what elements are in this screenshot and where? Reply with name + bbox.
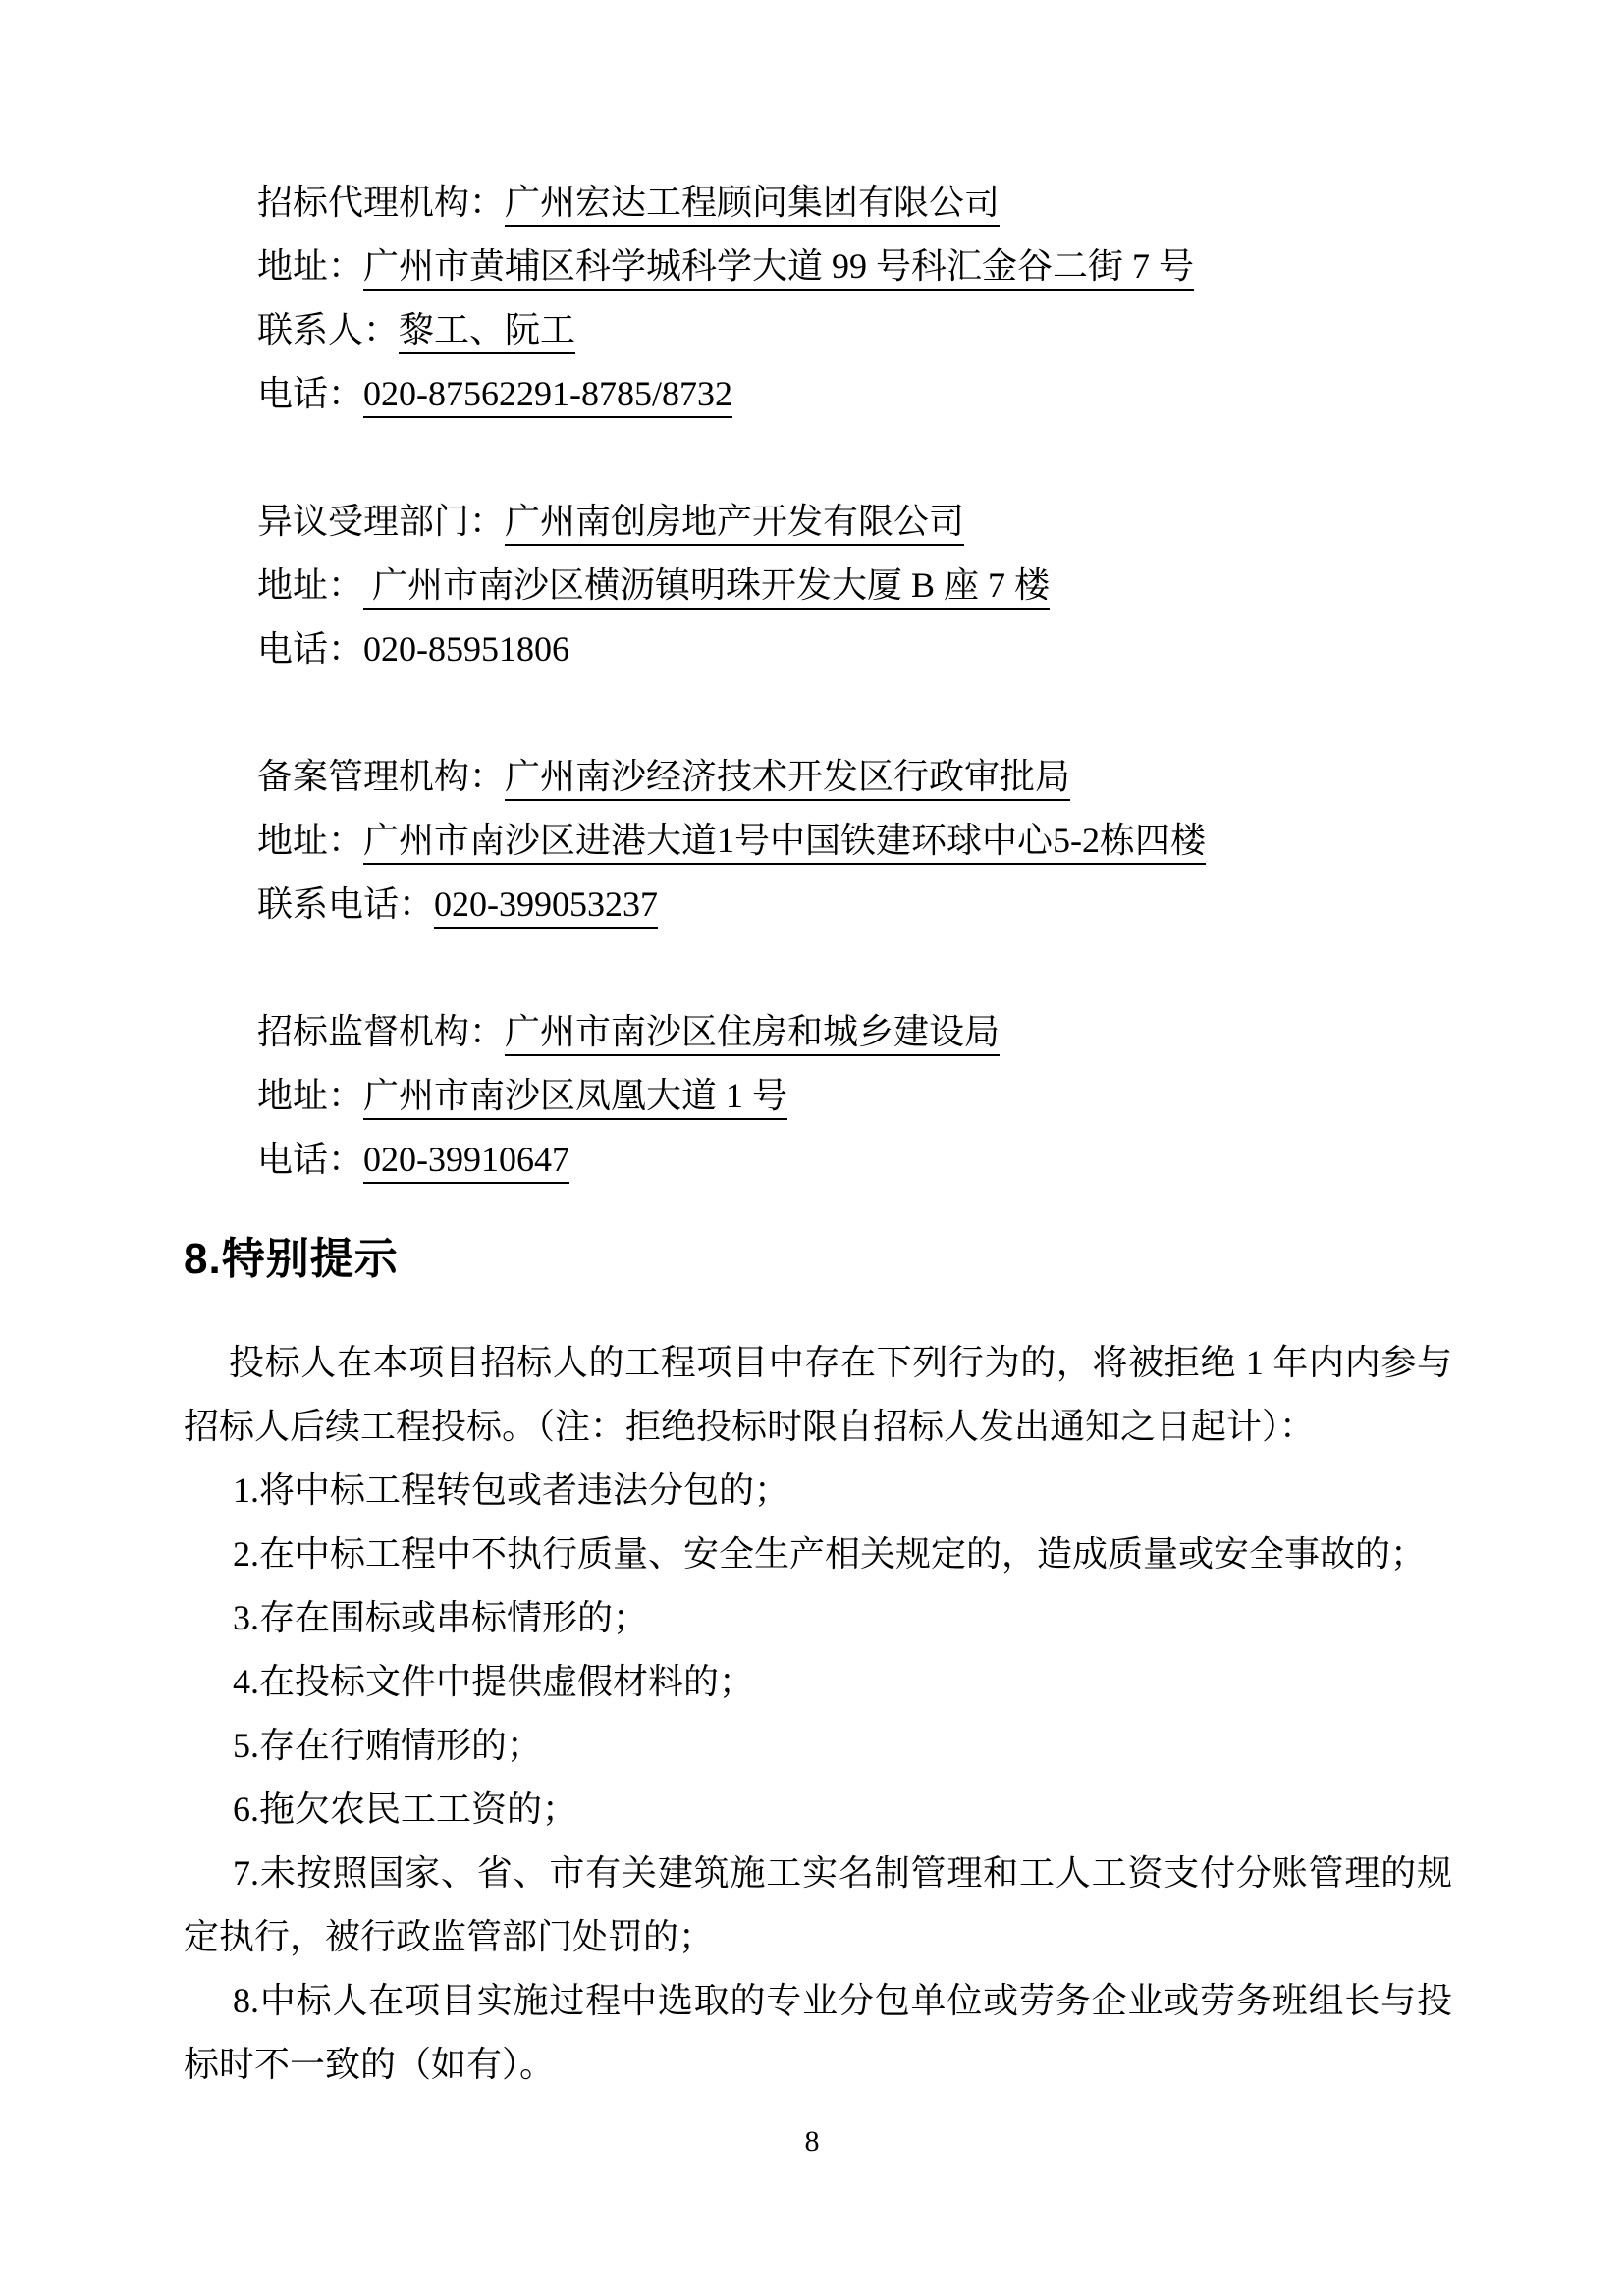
filing-authority-block: 备案管理机构：广州南沙经济技术开发区行政审批局 地址：广州市南沙区进港大道1号中…: [184, 745, 1452, 936]
section-intro: 投标人在本项目招标人的工程项目中存在下列行为的，将被拒绝 1 年内内参与招标人后…: [184, 1331, 1452, 1459]
agency-phone: 020-87562291-8785/8732: [363, 374, 732, 418]
contact-line: 备案管理机构：广州南沙经济技术开发区行政审批局: [184, 745, 1452, 809]
section-heading: 8.特别提示: [184, 1227, 1452, 1291]
objection-dept-address-label: 地址：: [257, 565, 363, 605]
contact-line: 地址：广州市南沙区进港大道1号中国铁建环球中心5-2栋四楼: [184, 809, 1452, 873]
supervision-authority-phone-label: 电话：: [257, 1140, 363, 1179]
filing-authority-address-label: 地址：: [257, 821, 363, 860]
agency-label: 招标代理机构：: [257, 183, 505, 222]
objection-dept-label: 异议受理部门：: [257, 502, 505, 541]
notice-item-1: 1.将中标工程转包或者违法分包的；: [184, 1459, 1452, 1522]
agency-contact-person: 黎工、阮工: [399, 310, 575, 354]
objection-dept-phone-label: 电话：: [257, 629, 363, 668]
filing-authority-name: 广州南沙经济技术开发区行政审批局: [505, 757, 1070, 801]
agency-address: 广州市黄埔区科学城科学大道 99 号科汇金谷二街 7 号: [363, 246, 1194, 291]
notice-item-3: 3.存在围标或串标情形的；: [184, 1586, 1452, 1650]
objection-dept-block: 异议受理部门：广州南创房地产开发有限公司 地址： 广州市南沙区横沥镇明珠开发大厦…: [184, 490, 1452, 681]
objection-dept-phone: 020-85951806: [363, 629, 569, 668]
contact-line: 电话：020-39910647: [184, 1128, 1452, 1192]
contact-line: 地址：广州市黄埔区科学城科学大道 99 号科汇金谷二街 7 号: [184, 235, 1452, 298]
agency-contact-person-label: 联系人：: [257, 310, 399, 349]
filing-authority-phone: 020-399053237: [434, 884, 658, 929]
supervision-authority-name: 广州市南沙区住房和城乡建设局: [505, 1012, 1000, 1056]
document-page: 招标代理机构：广州宏达工程顾问集团有限公司 地址：广州市黄埔区科学城科学大道 9…: [0, 0, 1624, 2296]
filing-authority-address: 广州市南沙区进港大道1号中国铁建环球中心5-2栋四楼: [363, 821, 1206, 865]
agency-address-label: 地址：: [257, 246, 363, 286]
agency-name: 广州宏达工程顾问集团有限公司: [505, 183, 1000, 227]
contact-line: 地址：广州市南沙区凤凰大道 1 号: [184, 1064, 1452, 1128]
contact-line: 联系人：黎工、阮工: [184, 298, 1452, 362]
supervision-authority-address-label: 地址：: [257, 1076, 363, 1115]
contact-line: 招标监督机构：广州市南沙区住房和城乡建设局: [184, 1000, 1452, 1064]
objection-dept-name: 广州南创房地产开发有限公司: [505, 502, 964, 546]
supervision-authority-phone: 020-39910647: [363, 1140, 569, 1184]
contact-line: 电话：020-87562291-8785/8732: [184, 362, 1452, 426]
filing-authority-label: 备案管理机构：: [257, 757, 505, 796]
page-number: 8: [0, 2122, 1624, 2162]
tender-agency-block: 招标代理机构：广州宏达工程顾问集团有限公司 地址：广州市黄埔区科学城科学大道 9…: [184, 171, 1452, 426]
contact-line: 异议受理部门：广州南创房地产开发有限公司: [184, 490, 1452, 554]
notice-item-6: 6.拖欠农民工工资的；: [184, 1778, 1452, 1842]
filing-authority-phone-label: 联系电话：: [257, 884, 434, 924]
notice-item-5: 5.存在行贿情形的；: [184, 1714, 1452, 1778]
notice-item-4: 4.在投标文件中提供虚假材料的；: [184, 1650, 1452, 1714]
page-content: 招标代理机构：广州宏达工程顾问集团有限公司 地址：广州市黄埔区科学城科学大道 9…: [184, 171, 1452, 2097]
objection-dept-address: 广州市南沙区横沥镇明珠开发大厦 B 座 7 楼: [363, 565, 1050, 610]
notice-item-7: 7.未按照国家、省、市有关建筑施工实名制管理和工人工资支付分账管理的规定执行，被…: [184, 1842, 1452, 1969]
contact-line: 联系电话：020-399053237: [184, 873, 1452, 936]
notice-item-2: 2.在中标工程中不执行质量、安全生产相关规定的，造成质量或安全事故的；: [184, 1522, 1452, 1586]
supervision-authority-block: 招标监督机构：广州市南沙区住房和城乡建设局 地址：广州市南沙区凤凰大道 1 号 …: [184, 1000, 1452, 1192]
contact-line: 电话：020-85951806: [184, 617, 1452, 681]
contact-line: 地址： 广州市南沙区横沥镇明珠开发大厦 B 座 7 楼: [184, 554, 1452, 617]
notice-item-8: 8.中标人在项目实施过程中选取的专业分包单位或劳务企业或劳务班组长与投标时不一致…: [184, 1969, 1452, 2097]
supervision-authority-address: 广州市南沙区凤凰大道 1 号: [363, 1076, 787, 1120]
agency-phone-label: 电话：: [257, 374, 363, 413]
contact-line: 招标代理机构：广州宏达工程顾问集团有限公司: [184, 171, 1452, 235]
supervision-authority-label: 招标监督机构：: [257, 1012, 505, 1051]
